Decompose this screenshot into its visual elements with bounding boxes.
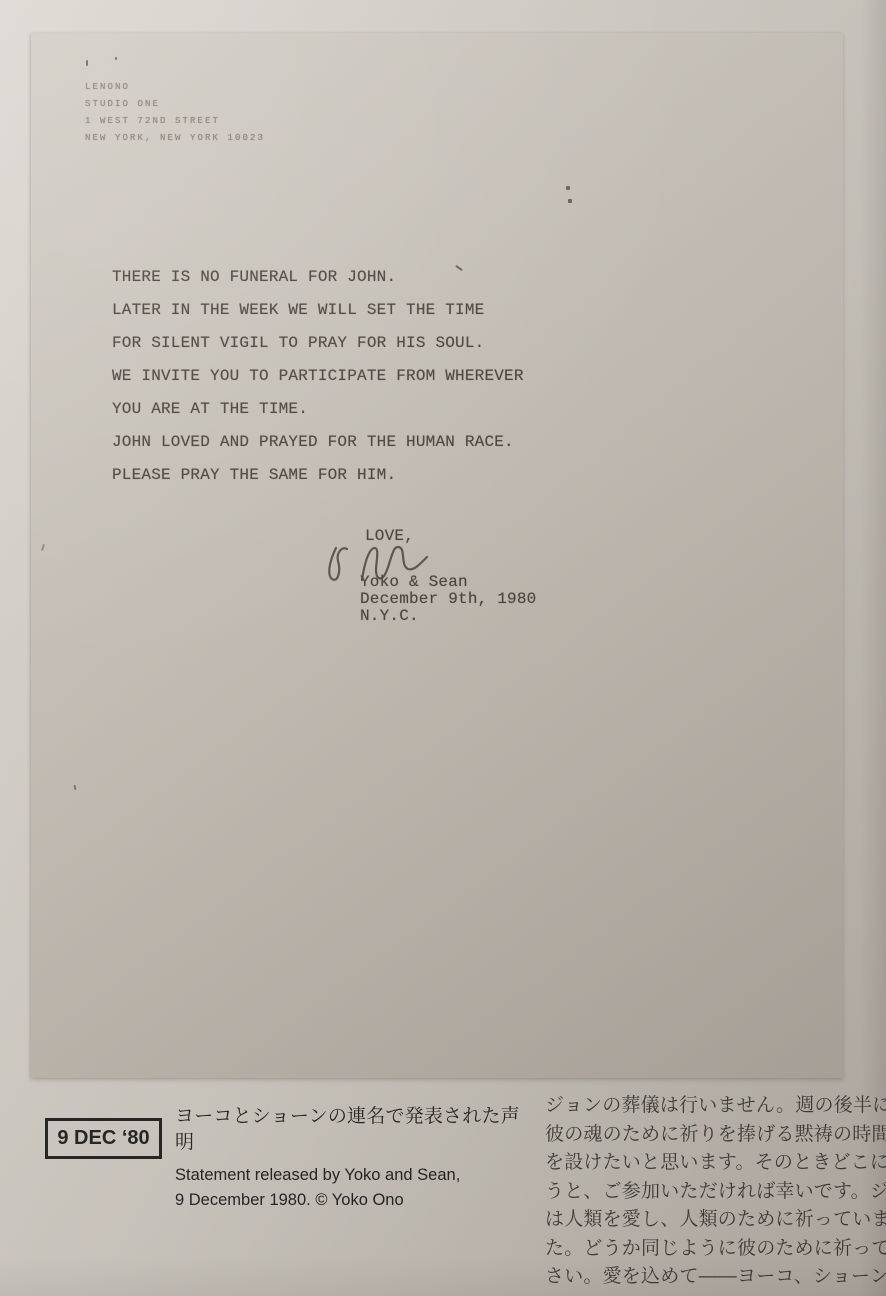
letter-line: WE INVITE YOU TO PARTICIPATE FROM WHEREV…: [112, 360, 524, 393]
date-badge: 9 DEC ‘80: [45, 1118, 162, 1159]
signature-place: N.Y.C.: [360, 608, 536, 625]
letter-line: FOR SILENT VIGIL TO PRAY FOR HIS SOUL.: [112, 327, 524, 360]
translation-line: うと、ご参加いただければ幸いです。ジョン: [545, 1178, 875, 1207]
book-page-photo: LENONO STUDIO ONE 1 WEST 72ND STREET NEW…: [0, 0, 886, 1296]
caption-credit-line: Statement released by Yoko and Sean,: [175, 1163, 535, 1188]
signature-date: December 9th, 1980: [360, 591, 536, 608]
letterhead-line: 1 WEST 72ND STREET: [85, 113, 265, 130]
translation-line: を設けたいと思います。そのときどこにいよ: [545, 1149, 875, 1178]
letter-line: PLEASE PRAY THE SAME FOR HIM.: [112, 459, 524, 492]
signature-name: Yoko & Sean: [360, 574, 536, 591]
translation-line: さい。愛を込めて——ヨーコ、ショーン: [545, 1263, 875, 1292]
caption-block: ヨーコとショーンの連名で発表された声明 Statement released b…: [175, 1104, 535, 1213]
letter-line: LATER IN THE WEEK WE WILL SET THE TIME: [112, 294, 524, 327]
letterhead-line: LENONO: [85, 79, 265, 96]
letter-line: YOU ARE AT THE TIME.: [112, 393, 524, 426]
paper-speck: [566, 186, 570, 190]
letterhead: LENONO STUDIO ONE 1 WEST 72ND STREET NEW…: [85, 79, 265, 147]
japanese-translation: ジョンの葬儀は行いません。週の後半に 彼の魂のために祈りを捧げる黙祷の時間 を設…: [545, 1092, 875, 1292]
letter-line: JOHN LOVED AND PRAYED FOR THE HUMAN RACE…: [112, 426, 524, 459]
paper-speck: [115, 57, 117, 60]
letter-line: THERE IS NO FUNERAL FOR JOHN.: [112, 261, 524, 294]
caption-title-japanese: ヨーコとショーンの連名で発表された声明: [175, 1104, 535, 1156]
translation-line: 彼の魂のために祈りを捧げる黙祷の時間: [545, 1121, 875, 1150]
paper-speck: [568, 199, 572, 203]
caption-credit-line: 9 December 1980. © Yoko Ono: [175, 1188, 535, 1213]
letter-body: THERE IS NO FUNERAL FOR JOHN. LATER IN T…: [112, 261, 524, 492]
typed-letter-sheet: LENONO STUDIO ONE 1 WEST 72ND STREET NEW…: [31, 33, 843, 1078]
translation-line: は人類を愛し、人類のために祈っていまし: [545, 1206, 875, 1235]
paper-speck: [41, 544, 45, 551]
signature-block: Yoko & Sean December 9th, 1980 N.Y.C.: [360, 574, 536, 625]
date-badge-label: 9 DEC ‘80: [57, 1127, 149, 1150]
paper-speck: [74, 785, 77, 790]
letterhead-line: NEW YORK, NEW YORK 10023: [85, 130, 265, 147]
translation-line: ジョンの葬儀は行いません。週の後半に: [545, 1092, 875, 1121]
translation-line: た。どうか同じように彼のために祈ってくだ: [545, 1235, 875, 1264]
paper-speck: [86, 60, 88, 66]
letterhead-line: STUDIO ONE: [85, 96, 265, 113]
